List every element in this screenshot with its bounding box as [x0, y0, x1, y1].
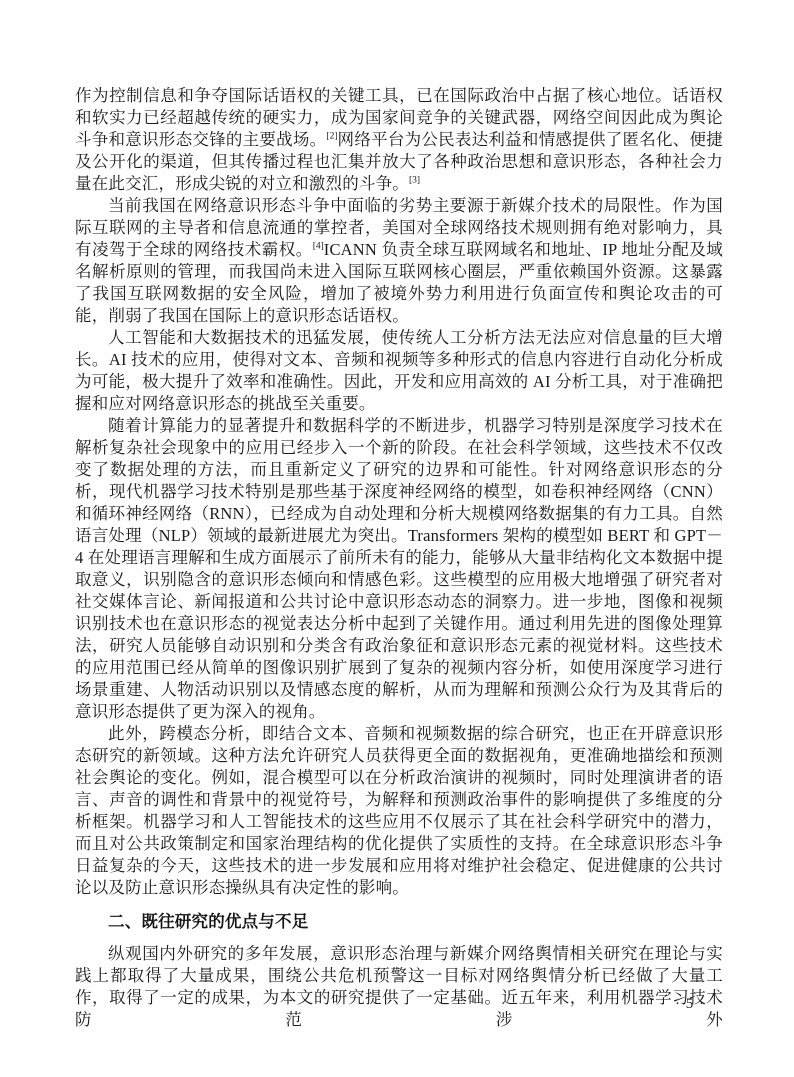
paragraph-text: 纵观国内外研究的多年发展，意识形态治理与新媒介网络舆情相关研究在理论与实践上都取… — [75, 944, 723, 1029]
paragraph-text: 随着计算能力的显著提升和数据科学的不断进步，机器学习特别是深度学习技术在解析复杂… — [75, 416, 723, 721]
paragraph-crossmodal: 此外，跨模态分析，即结合文本、音频和视频数据的综合研究，也正在开辟意识形态研究的… — [75, 723, 723, 899]
section-heading: 二、既往研究的优点与不足 — [75, 911, 723, 933]
page-number: · 5 · — [660, 996, 720, 1013]
footnote-ref-4: [4] — [313, 242, 324, 252]
footnote-ref-3: [3] — [409, 176, 420, 186]
footnote-ref-2: [2] — [326, 132, 337, 142]
paragraph-text: 此外，跨模态分析，即结合文本、音频和视频数据的综合研究，也正在开辟意识形态研究的… — [75, 724, 723, 897]
text-body: 作为控制信息和争夺国际话语权的关键工具，已在国际政治中占据了核心地位。话语权和软… — [75, 85, 723, 1031]
paragraph-continuation: 作为控制信息和争夺国际话语权的关键工具，已在国际政治中占据了核心地位。话语权和软… — [75, 85, 723, 195]
document-page: 作为控制信息和争夺国际话语权的关键工具，已在国际政治中占据了核心地位。话语权和软… — [0, 0, 794, 1077]
paragraph-text: 人工智能和大数据技术的迅猛发展，使传统人工分析方法无法应对信息量的巨大增长。AI… — [75, 328, 723, 413]
paragraph-ai-bigdata: 人工智能和大数据技术的迅猛发展，使传统人工分析方法无法应对信息量的巨大增长。AI… — [75, 327, 723, 415]
paragraph-machine-learning: 随着计算能力的显著提升和数据科学的不断进步，机器学习特别是深度学习技术在解析复杂… — [75, 415, 723, 723]
paragraph-prior-research: 纵观国内外研究的多年发展，意识形态治理与新媒介网络舆情相关研究在理论与实践上都取… — [75, 943, 723, 1031]
paragraph-media-limitations: 当前我国在网络意识形态斗争中面临的劣势主要源于新媒介技术的局限性。作为国际互联网… — [75, 195, 723, 327]
